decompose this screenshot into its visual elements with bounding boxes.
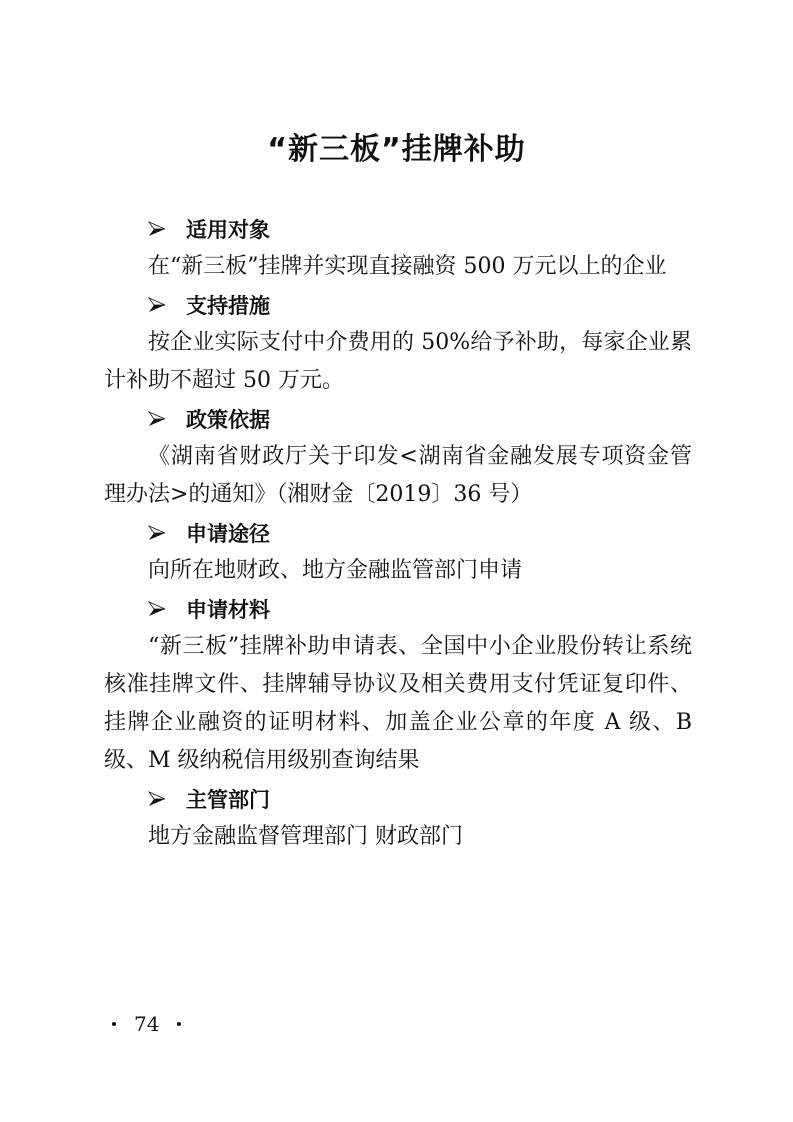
section-heading-label: 申请途径 xyxy=(186,518,270,548)
arrow-bullet-icon xyxy=(148,411,166,427)
section-body-applicable-objects: 在“新三板”挂牌并实现直接融资 500 万元以上的企业 xyxy=(104,248,692,286)
section-heading-label: 主管部门 xyxy=(186,784,270,814)
dot-icon xyxy=(177,1022,181,1026)
section-heading-support-measures: 支持措施 xyxy=(104,286,692,324)
section-heading-label: 支持措施 xyxy=(186,290,270,320)
section-heading-label: 申请材料 xyxy=(186,594,270,624)
section-heading-policy-basis: 政策依据 xyxy=(104,400,692,438)
section-heading-application-channel: 申请途径 xyxy=(104,514,692,552)
arrow-bullet-icon xyxy=(148,601,166,617)
arrow-bullet-icon xyxy=(148,525,166,541)
section-body-application-channel: 向所在地财政、地方金融监管部门申请 xyxy=(104,552,692,590)
document-content: 适用对象 在“新三板”挂牌并实现直接融资 500 万元以上的企业 支持措施 按企… xyxy=(104,210,692,856)
page-title: “新三板”挂牌补助 xyxy=(0,128,793,172)
arrow-bullet-icon xyxy=(148,791,166,807)
section-heading-application-materials: 申请材料 xyxy=(104,590,692,628)
section-body-competent-department: 地方金融监督管理部门 财政部门 xyxy=(104,818,692,856)
page-number: 74 xyxy=(134,1012,159,1036)
arrow-bullet-icon xyxy=(148,221,166,237)
dot-icon xyxy=(112,1022,116,1026)
section-body-application-materials: “新三板”挂牌补助申请表、全国中小企业股份转让系统核准挂牌文件、挂牌辅导协议及相… xyxy=(104,628,692,780)
page-number-footer: 74 xyxy=(112,1012,181,1036)
section-heading-competent-department: 主管部门 xyxy=(104,780,692,818)
arrow-bullet-icon xyxy=(148,297,166,313)
section-heading-label: 适用对象 xyxy=(186,214,270,244)
section-heading-applicable-objects: 适用对象 xyxy=(104,210,692,248)
section-body-policy-basis: 《湖南省财政厅关于印发<湖南省金融发展专项资金管理办法>的通知》（湘财金〔201… xyxy=(104,438,692,514)
section-body-support-measures: 按企业实际支付中介费用的 50%给予补助，每家企业累计补助不超过 50 万元。 xyxy=(104,324,692,400)
section-heading-label: 政策依据 xyxy=(186,404,270,434)
